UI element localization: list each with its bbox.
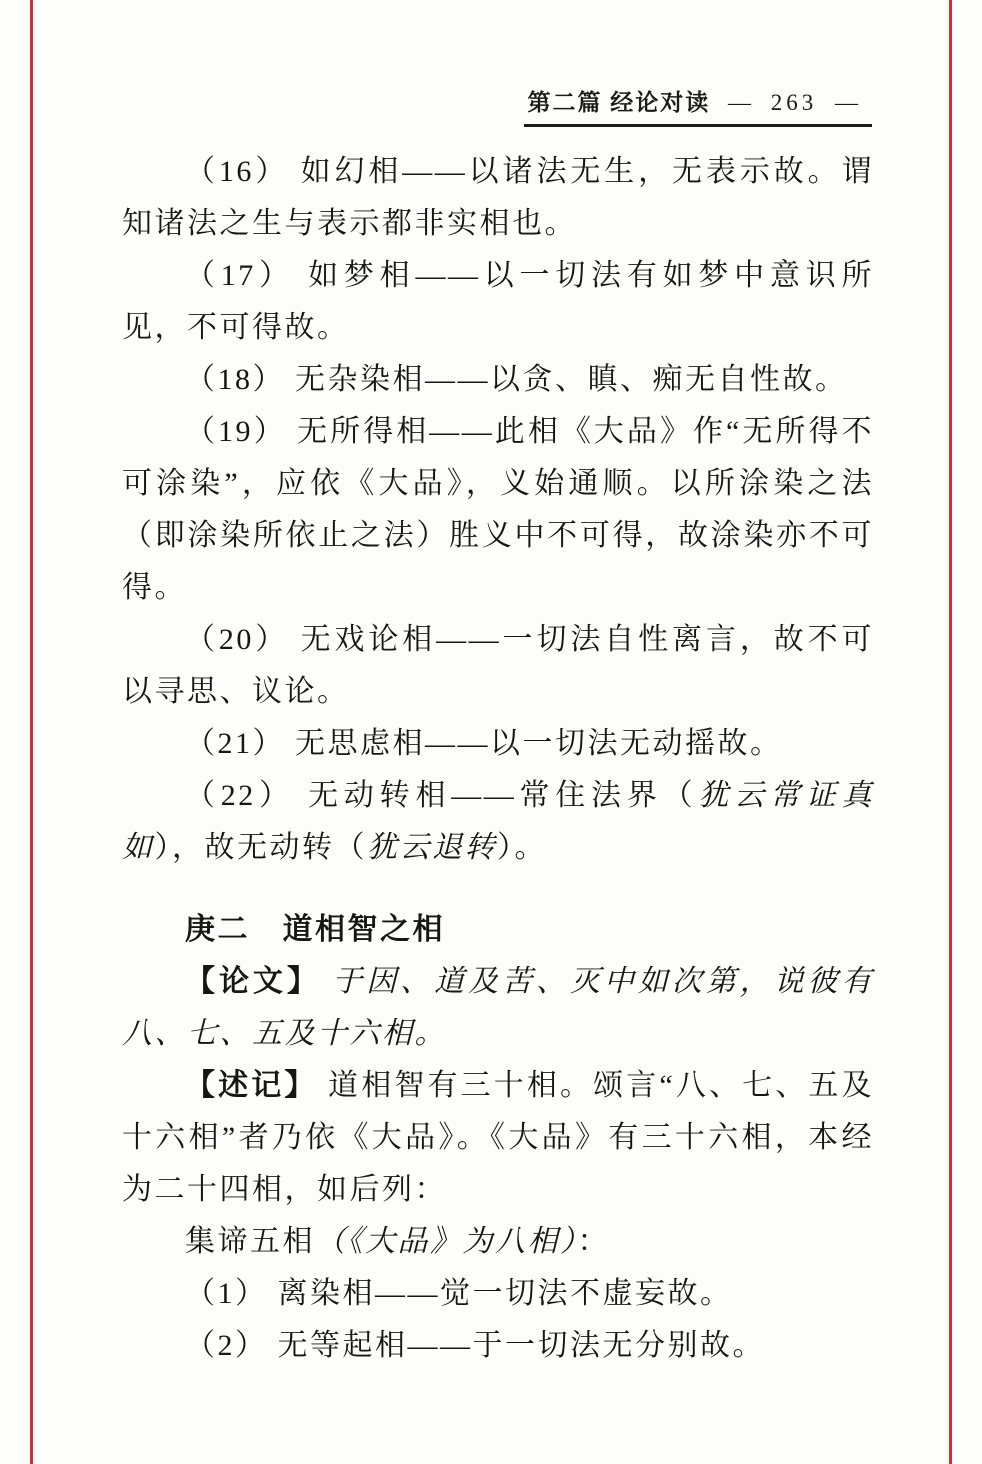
header-section-title: 第二篇 经论对读 — [528, 90, 711, 115]
text-run: （22） 无动转相——常住法界（ — [185, 779, 698, 812]
text-run-kaiti: （《大品》为八相） — [315, 1225, 578, 1258]
paragraph-item-17: （17） 如梦相——以一切法有如梦中意识所见，不可得故。 — [122, 250, 874, 354]
paragraph-item-16: （16） 如幻相——以诸法无生，无表示故。谓知诸法之生与表示都非实相也。 — [122, 146, 874, 250]
right-margin-rule — [949, 0, 952, 1464]
lunwen-label: 【论文】 — [185, 965, 321, 998]
text-run: （1） 离染相——觉一切法不虚妄故。 — [185, 1277, 733, 1310]
paragraph-shuji: 【述记】 道相智有三十相。颂言“八、七、五及十六相”者乃依《大品》。《大品》有三… — [122, 1060, 874, 1216]
text-run: （20） 无戏论相——一切法自性离言，故不可以寻思、议论。 — [122, 623, 874, 708]
header-dash-right: — — [835, 90, 860, 115]
text-run: （2） 无等起相——于一切法无分别故。 — [185, 1329, 765, 1362]
text-run: （19） 无所得相——此相《大品》作“无所得不可涂染”，应依《大品》，义始通顺。… — [122, 415, 874, 604]
paragraph-jidi-wuxiang: 集谛五相（《大品》为八相）： — [122, 1216, 874, 1268]
paragraph-item-1: （1） 离染相——觉一切法不虚妄故。 — [122, 1268, 874, 1320]
paragraph-item-18: （18） 无杂染相——以贪、瞋、痴无自性故。 — [122, 354, 874, 406]
section-heading-text: 庚二 道相智之相 — [185, 913, 445, 946]
text-run: （17） 如梦相——以一切法有如梦中意识所见，不可得故。 — [122, 259, 874, 344]
text-run: （18） 无杂染相——以贪、瞋、痴无自性故。 — [185, 363, 848, 396]
text-run: （21） 无思虑相——以一切法无动摇故。 — [185, 727, 783, 760]
body-text: （16） 如幻相——以诸法无生，无表示故。谓知诸法之生与表示都非实相也。 （17… — [122, 146, 874, 1372]
paragraph-item-21: （21） 无思虑相——以一切法无动摇故。 — [122, 718, 874, 770]
text-run-kaiti: 犹云退转 — [367, 831, 497, 864]
paragraph-item-20: （20） 无戏论相——一切法自性离言，故不可以寻思、议论。 — [122, 614, 874, 718]
page-number: 263 — [771, 90, 818, 115]
section-heading: 庚二 道相智之相 — [122, 904, 874, 956]
paragraph-item-2: （2） 无等起相——于一切法无分别故。 — [122, 1320, 874, 1372]
shuji-label: 【述记】 — [185, 1069, 318, 1102]
text-run: ），故无动转（ — [155, 831, 368, 864]
text-run: （16） 如幻相——以诸法无生，无表示故。谓知诸法之生与表示都非实相也。 — [122, 155, 874, 240]
book-page: 第二篇 经论对读 — 263 — （16） 如幻相——以诸法无生，无表示故。谓知… — [0, 0, 982, 1464]
paragraph-item-19: （19） 无所得相——此相《大品》作“无所得不可涂染”，应依《大品》，义始通顺。… — [122, 406, 874, 614]
running-header: 第二篇 经论对读 — 263 — — [524, 84, 873, 127]
text-run: ）。 — [497, 831, 547, 864]
header-dash-left: — — [728, 90, 753, 115]
paragraph-item-22: （22） 无动转相——常住法界（犹云常证真如），故无动转（犹云退转）。 — [122, 770, 874, 874]
paragraph-lunwen: 【论文】 于因、道及苦、灭中如次第，说彼有八、七、五及十六相。 — [122, 956, 874, 1060]
text-run: ： — [578, 1225, 611, 1258]
text-run: 集谛五相 — [185, 1225, 315, 1258]
left-margin-rule — [30, 0, 33, 1464]
